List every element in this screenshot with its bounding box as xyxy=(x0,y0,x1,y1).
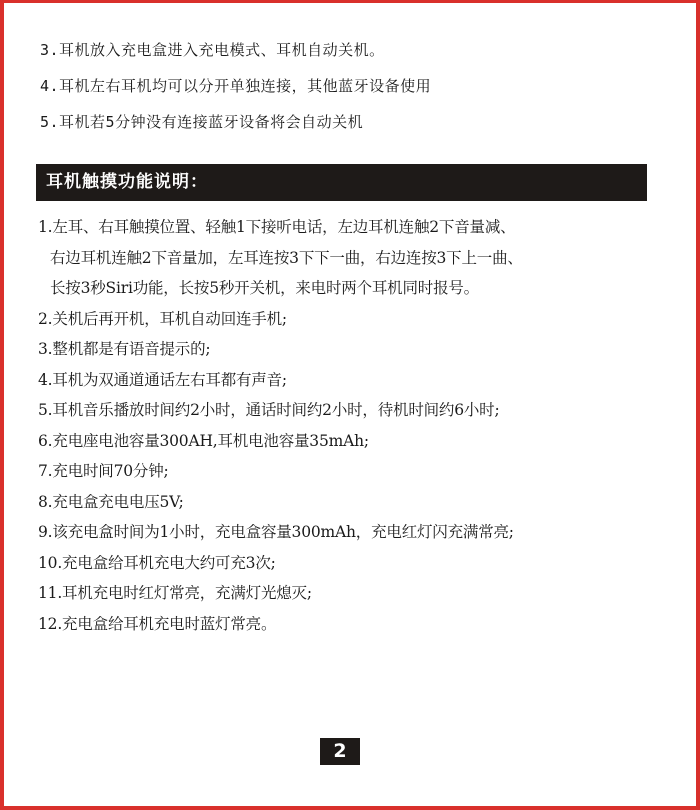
list-item: 11.耳机充电时红灯常亮，充满灯光熄灭; xyxy=(38,578,523,609)
list-item: 12.充电盒给耳机充电时蓝灯常亮。 xyxy=(38,609,523,640)
list-item: 2.关机后再开机，耳机自动回连手机; xyxy=(38,304,523,335)
function-list: 1.左耳、右耳触摸位置、轻触1下接听电话，左边耳机连触2下音量减、 右边耳机连触… xyxy=(38,212,523,639)
list-item-line: 长按3秒Siri功能，长按5秒开关机，来电时两个耳机同时报号。 xyxy=(38,273,523,304)
page-number-badge: 2 xyxy=(320,738,360,765)
intro-line: 4.耳机左右耳机均可以分开单独连接，其他蓝牙设备使用 xyxy=(40,68,431,104)
intro-notes: 3.耳机放入充电盒进入充电模式、耳机自动关机。 4.耳机左右耳机均可以分开单独连… xyxy=(40,32,431,140)
list-item: 6.充电座电池容量300AH,耳机电池容量35mAh; xyxy=(38,426,523,457)
list-item: 3.整机都是有语音提示的; xyxy=(38,334,523,365)
list-item: 1.左耳、右耳触摸位置、轻触1下接听电话，左边耳机连触2下音量减、 右边耳机连触… xyxy=(38,212,523,304)
list-item: 4.耳机为双通道通话左右耳都有声音; xyxy=(38,365,523,396)
section-title-touch-functions: 耳机触摸功能说明： xyxy=(36,164,647,201)
list-item: 5.耳机音乐播放时间约2小时，通话时间约2小时，待机时间约6小时; xyxy=(38,395,523,426)
list-item: 8.充电盒充电电压5V; xyxy=(38,487,523,518)
list-item-line: 1.左耳、右耳触摸位置、轻触1下接听电话，左边耳机连触2下音量减、 xyxy=(38,212,523,243)
list-item: 7.充电时间70分钟; xyxy=(38,456,523,487)
list-item: 10.充电盒给耳机充电大约可充3次; xyxy=(38,548,523,579)
list-item: 9.该充电盒时间为1小时，充电盒容量300mAh，充电红灯闪充满常亮; xyxy=(38,517,523,548)
intro-line: 5.耳机若5分钟没有连接蓝牙设备将会自动关机 xyxy=(40,104,431,140)
intro-line: 3.耳机放入充电盒进入充电模式、耳机自动关机。 xyxy=(40,32,431,68)
list-item-line: 右边耳机连触2下音量加，左耳连按3下下一曲，右边连按3下上一曲、 xyxy=(38,243,523,274)
